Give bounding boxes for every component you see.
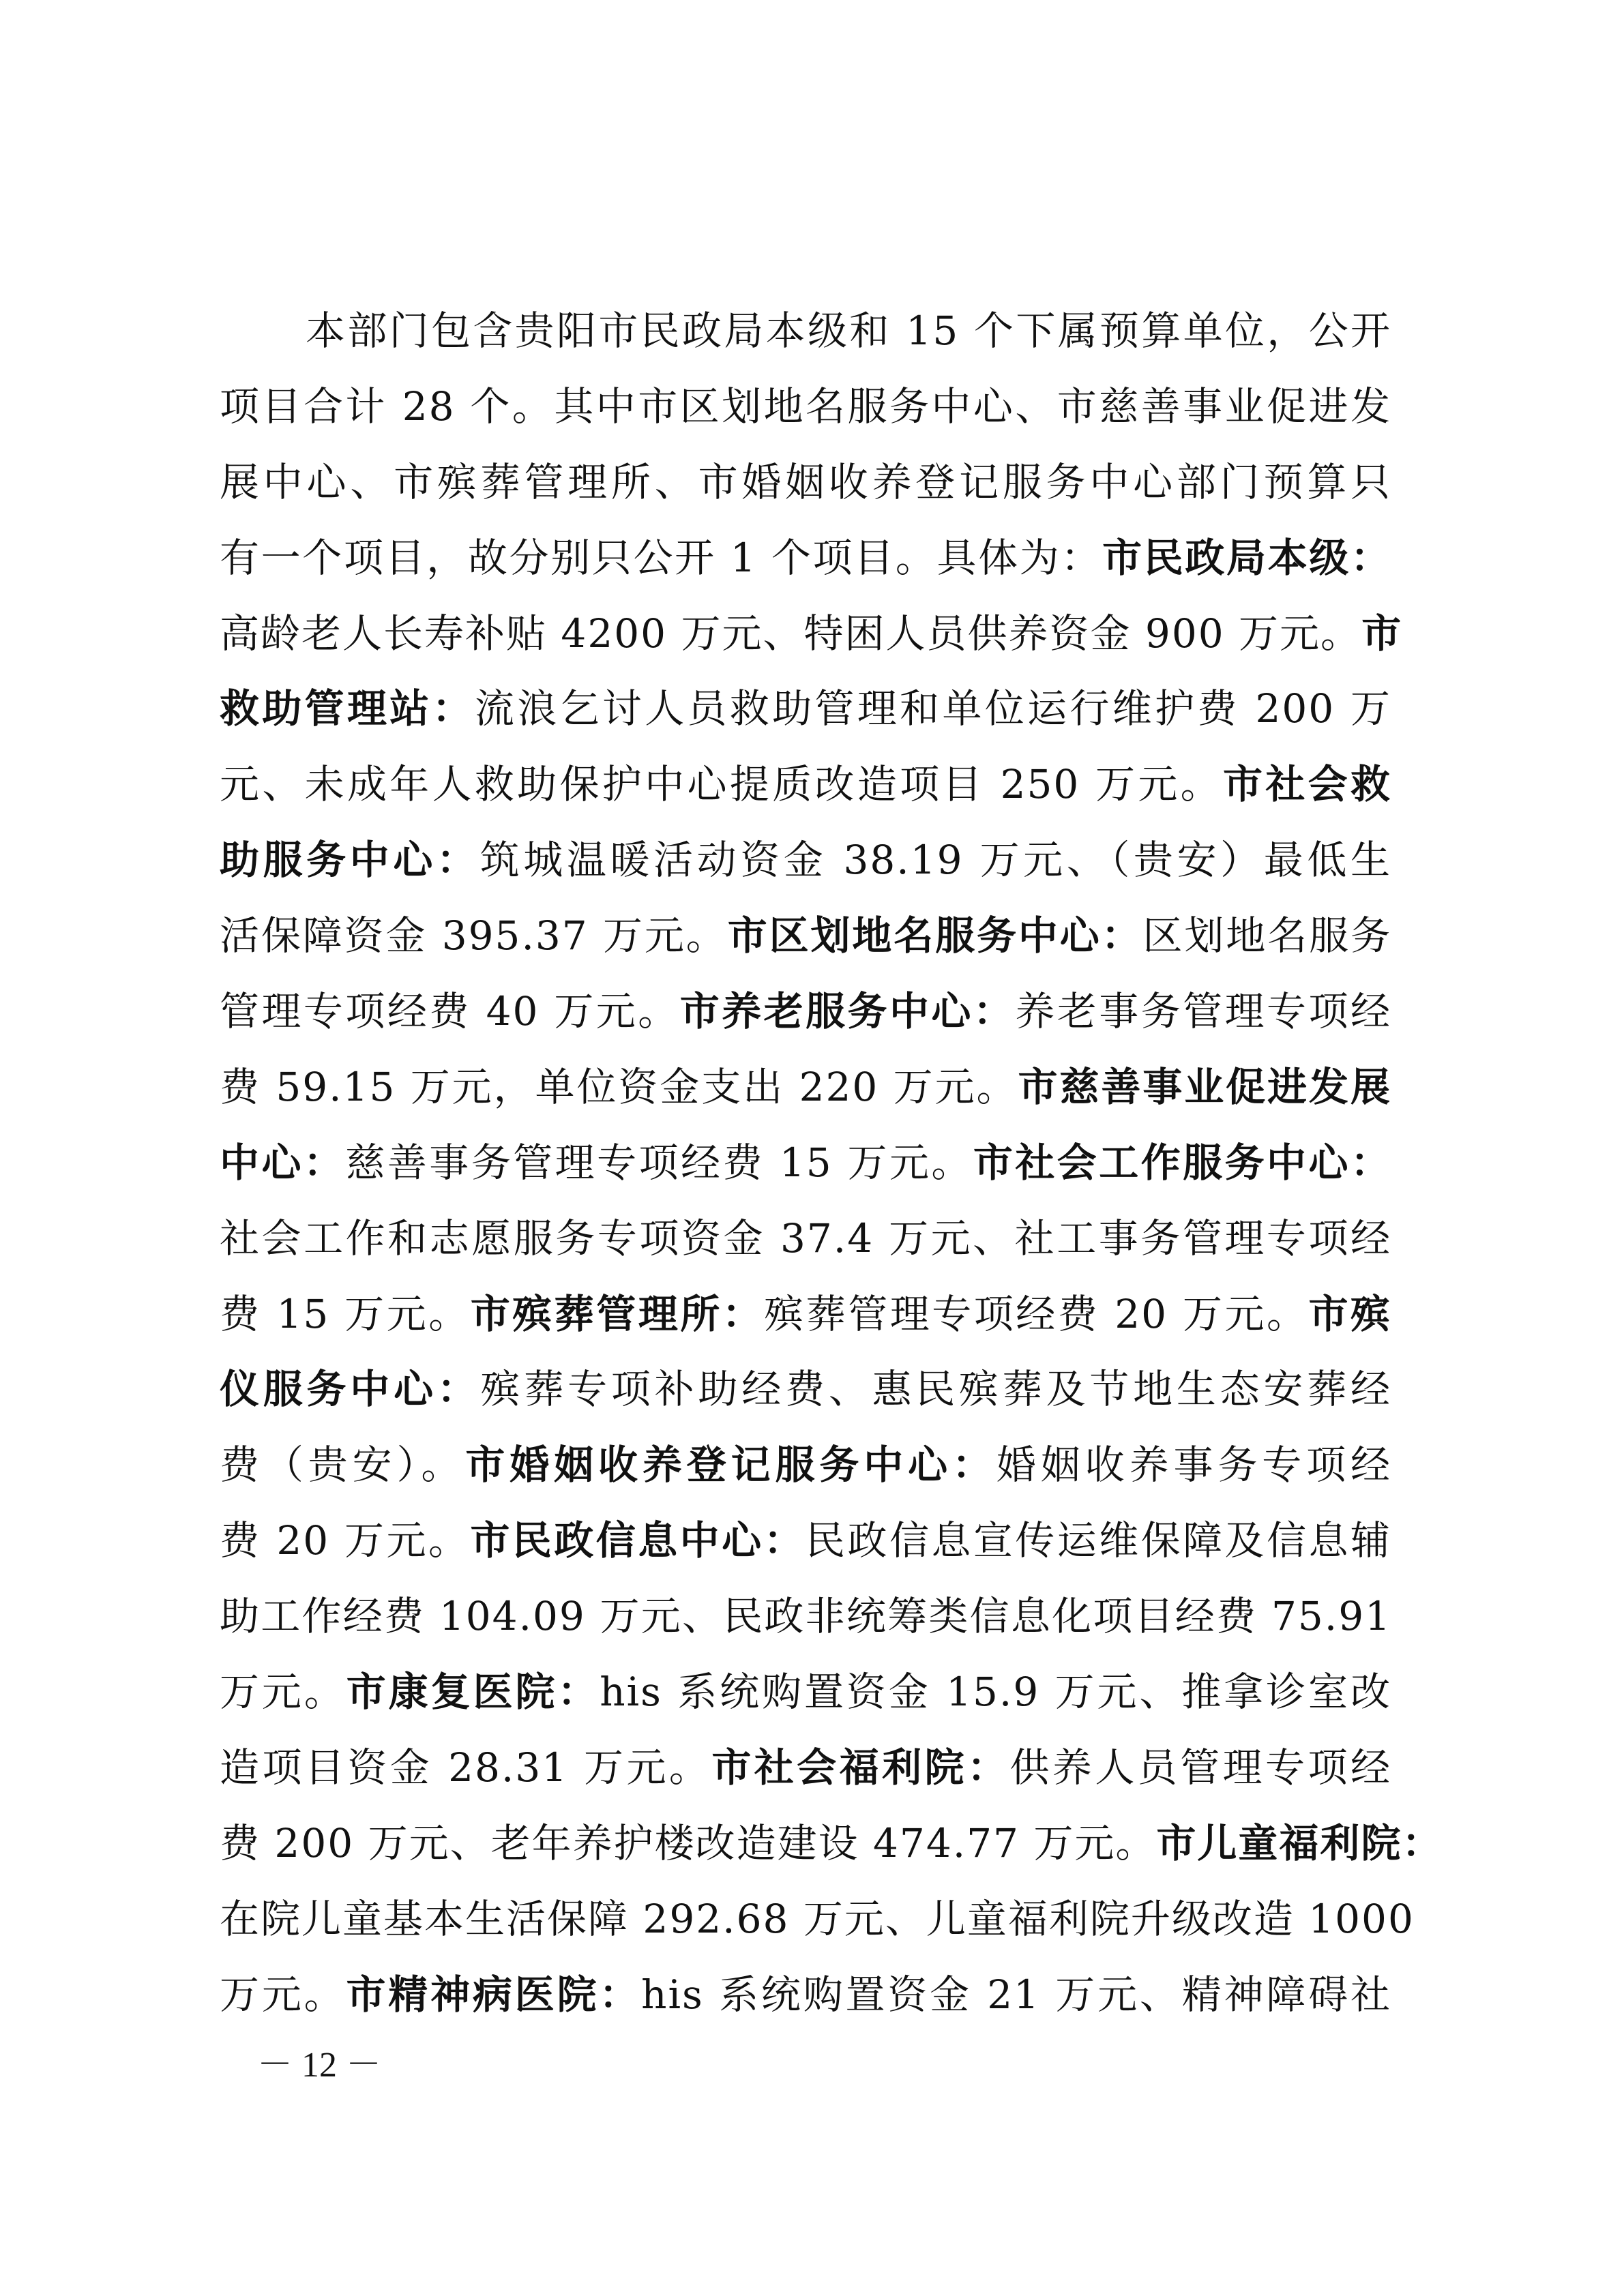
text-line: 在院儿童基本生活保障 292.68 万元、儿童福利院升级改造 1000 bbox=[220, 1892, 1391, 1967]
text-line: 造项目资金 28.31 万元。市社会福利院：供养人员管理专项经 bbox=[220, 1740, 1391, 1816]
body-text: 慈善事务管理专项经费 15 万元。 bbox=[345, 1139, 973, 1186]
body-text: 元、未成年人救助保护中心提质改造项目 250 万元。 bbox=[220, 761, 1223, 807]
unit-name-label: 市社会救 bbox=[1223, 761, 1391, 807]
unit-name-label: 市慈善事业促进发展 bbox=[1018, 1064, 1391, 1110]
unit-name-label: 市社会工作服务中心： bbox=[973, 1139, 1391, 1186]
body-text: 万元。 bbox=[220, 1669, 346, 1715]
text-line: 救助管理站：流浪乞讨人员救助管理和单位运行维护费 200 万 bbox=[220, 681, 1391, 757]
unit-name-label: 市殡 bbox=[1308, 1291, 1391, 1337]
unit-name-label: 市婚姻收养登记服务中心： bbox=[465, 1442, 996, 1488]
unit-name-label: 中心： bbox=[220, 1139, 345, 1186]
body-text: his 系统购置资金 21 万元、精神障碍社 bbox=[641, 1971, 1391, 2018]
body-text: 民政信息宣传运维保障及信息辅 bbox=[806, 1517, 1391, 1564]
unit-name-label: 市区划地名服务中心： bbox=[728, 912, 1143, 959]
body-text: 高龄老人长寿补贴 4200 万元、特困人员供养资金 900 万元。 bbox=[220, 610, 1361, 657]
unit-name-label: 市精神病医院： bbox=[346, 1971, 641, 2018]
body-text: 展中心、市殡葬管理所、市婚姻收养登记服务中心部门预算只 bbox=[220, 459, 1391, 505]
unit-name-label: 市 bbox=[1361, 610, 1402, 657]
body-text: 费 20 万元。 bbox=[220, 1517, 470, 1564]
unit-name-label: 市儿童福利院： bbox=[1156, 1820, 1443, 1866]
body-text: 流浪乞讨人员救助管理和单位运行维护费 200 万 bbox=[475, 685, 1391, 732]
body-text: 本部门包含贵阳市民政局本级和 15 个下属预算单位，公开 bbox=[306, 308, 1391, 354]
unit-name-label: 救助管理站： bbox=[220, 685, 475, 732]
body-text: 筑城温暖活动资金 38.19 万元、（贵安）最低生 bbox=[480, 837, 1391, 883]
body-text: 供养人员管理专项经 bbox=[1009, 1744, 1391, 1791]
body-text: 殡葬专项补助经费、惠民殡葬及节地生态安葬经 bbox=[481, 1366, 1391, 1412]
document-page: 本部门包含贵阳市民政局本级和 15 个下属预算单位，公开项目合计 28 个。其中… bbox=[0, 0, 1624, 2296]
text-line: 仪服务中心：殡葬专项补助经费、惠民殡葬及节地生态安葬经 bbox=[220, 1362, 1391, 1437]
text-line: 本部门包含贵阳市民政局本级和 15 个下属预算单位，公开 bbox=[220, 303, 1391, 379]
body-paragraph: 本部门包含贵阳市民政局本级和 15 个下属预算单位，公开项目合计 28 个。其中… bbox=[220, 303, 1391, 2042]
text-line: 管理专项经费 40 万元。市养老服务中心：养老事务管理专项经 bbox=[220, 984, 1391, 1060]
unit-name-label: 市民政信息中心： bbox=[470, 1517, 806, 1564]
body-text: 活保障资金 395.37 万元。 bbox=[220, 912, 728, 959]
unit-name-label: 仪服务中心： bbox=[220, 1366, 481, 1412]
text-line: 助工作经费 104.09 万元、民政非统筹类信息化项目经费 75.91 bbox=[220, 1589, 1391, 1665]
body-text: 项目合计 28 个。其中市区划地名服务中心、市慈善事业促进发 bbox=[220, 383, 1391, 430]
unit-name-label: 市养老服务中心： bbox=[680, 988, 1016, 1034]
unit-name-label: 市社会福利院： bbox=[711, 1744, 1009, 1791]
body-text: 万元。 bbox=[220, 1971, 346, 2018]
body-text: 有一个项目，故分别只公开 1 个项目。具体为： bbox=[220, 535, 1102, 581]
body-text: 费（贵安）。 bbox=[220, 1442, 465, 1488]
body-text: 区划地名服务 bbox=[1143, 912, 1391, 959]
page-number: － 12 － bbox=[257, 2036, 381, 2087]
text-line: 展中心、市殡葬管理所、市婚姻收养登记服务中心部门预算只 bbox=[220, 455, 1391, 531]
body-text: 费 200 万元、老年养护楼改造建设 474.77 万元。 bbox=[220, 1820, 1156, 1866]
body-text: 在院儿童基本生活保障 292.68 万元、儿童福利院升级改造 1000 bbox=[220, 1896, 1415, 1942]
body-text: 养老事务管理专项经 bbox=[1015, 988, 1391, 1034]
text-line: 高龄老人长寿补贴 4200 万元、特困人员供养资金 900 万元。市 bbox=[220, 606, 1391, 682]
text-line: 万元。市精神病医院：his 系统购置资金 21 万元、精神障碍社 bbox=[220, 1967, 1391, 2043]
text-line: 费 200 万元、老年养护楼改造建设 474.77 万元。市儿童福利院： bbox=[220, 1816, 1391, 1892]
body-text: 婚姻收养事务专项经 bbox=[996, 1442, 1391, 1488]
body-text: his 系统购置资金 15.9 万元、推拿诊室改 bbox=[600, 1669, 1391, 1715]
text-line: 活保障资金 395.37 万元。市区划地名服务中心：区划地名服务 bbox=[220, 908, 1391, 984]
unit-name-label: 市民政局本级： bbox=[1102, 535, 1391, 581]
unit-name-label: 助服务中心： bbox=[220, 837, 480, 883]
text-line: 项目合计 28 个。其中市区划地名服务中心、市慈善事业促进发 bbox=[220, 379, 1391, 455]
unit-name-label: 市康复医院： bbox=[346, 1669, 600, 1715]
text-line: 中心：慈善事务管理专项经费 15 万元。市社会工作服务中心： bbox=[220, 1135, 1391, 1211]
text-line: 费（贵安）。市婚姻收养登记服务中心：婚姻收养事务专项经 bbox=[220, 1437, 1391, 1513]
text-line: 费 59.15 万元，单位资金支出 220 万元。市慈善事业促进发展 bbox=[220, 1060, 1391, 1135]
unit-name-label: 市殡葬管理所： bbox=[471, 1291, 765, 1337]
text-line: 有一个项目，故分别只公开 1 个项目。具体为：市民政局本级： bbox=[220, 531, 1391, 606]
text-line: 元、未成年人救助保护中心提质改造项目 250 万元。市社会救 bbox=[220, 757, 1391, 833]
body-text: 费 15 万元。 bbox=[220, 1291, 471, 1337]
text-line: 社会工作和志愿服务专项资金 37.4 万元、社工事务管理专项经 bbox=[220, 1211, 1391, 1287]
body-text: 费 59.15 万元，单位资金支出 220 万元。 bbox=[220, 1064, 1018, 1110]
body-text: 助工作经费 104.09 万元、民政非统筹类信息化项目经费 75.91 bbox=[220, 1593, 1391, 1639]
body-text: 社会工作和志愿服务专项资金 37.4 万元、社工事务管理专项经 bbox=[220, 1215, 1391, 1262]
text-line: 费 15 万元。市殡葬管理所：殡葬管理专项经费 20 万元。市殡 bbox=[220, 1287, 1391, 1362]
body-text: 殡葬管理专项经费 20 万元。 bbox=[764, 1291, 1308, 1337]
text-line: 助服务中心：筑城温暖活动资金 38.19 万元、（贵安）最低生 bbox=[220, 833, 1391, 908]
body-text: 管理专项经费 40 万元。 bbox=[220, 988, 680, 1034]
body-text: 造项目资金 28.31 万元。 bbox=[220, 1744, 711, 1791]
text-line: 费 20 万元。市民政信息中心：民政信息宣传运维保障及信息辅 bbox=[220, 1513, 1391, 1589]
text-line: 万元。市康复医院：his 系统购置资金 15.9 万元、推拿诊室改 bbox=[220, 1665, 1391, 1740]
